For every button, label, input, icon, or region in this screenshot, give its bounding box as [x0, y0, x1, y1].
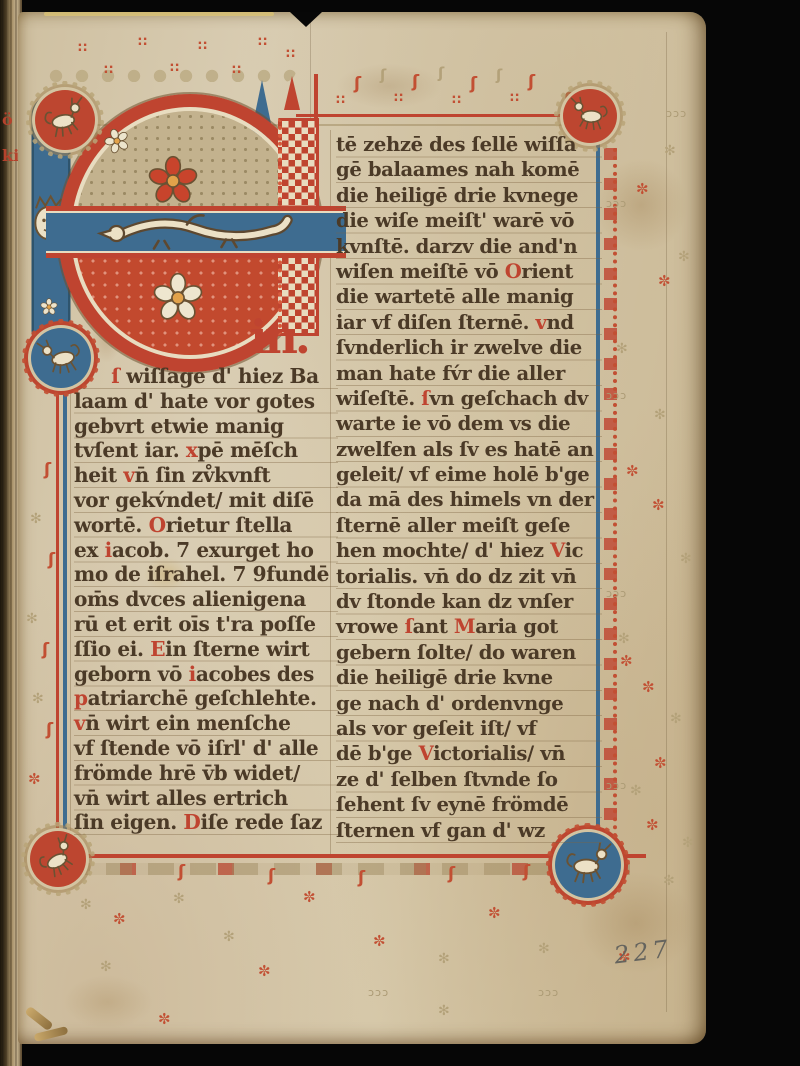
manuscript-line: ſſio ei. Ein ſterne wirt	[74, 637, 333, 662]
page-crease	[666, 32, 667, 1012]
manuscript-line: wiſeſtē. ſvn geſchach dv	[336, 386, 597, 411]
flower-sprig-icon: ✼	[488, 906, 501, 921]
flower-sprig-icon: ✻	[538, 942, 550, 956]
flower-sprig-icon: ✼	[654, 756, 667, 771]
manuscript-line: vn̄ wirt ein menſche	[74, 711, 333, 736]
flower-sprig-icon: ✼	[652, 498, 665, 513]
manuscript-line: vor gekv́ndet/ mit diſē	[74, 488, 333, 513]
top-border-rule	[296, 114, 584, 117]
manuscript-line: wiſen meiſtē vō Orient	[336, 259, 597, 284]
manuscript-line: als vor geſeit iſt/ vf	[336, 716, 597, 741]
ribbon-ornament-icon: ʃ	[528, 74, 535, 91]
manuscript-line: geborn vō iacobes des	[74, 662, 333, 687]
manuscript-line: dē b'ge Victorialis/ vn̄	[336, 741, 597, 766]
manuscript-line: iar vf diſen ſternē. vnd	[336, 310, 597, 335]
flower-sprig-icon: ✼	[626, 464, 639, 479]
photographed-manuscript: ö ki ✼✼✼✼✼✼✼✼✻✻✻✻✻✻✻✻✻ɔɔɔɔɔɔɔɔɔɔɔɔɔɔɔ∷∷∷…	[0, 0, 800, 1066]
manuscript-line: om̄s dvces alienigena	[74, 587, 333, 612]
ribbon-ornament-icon: ʃ	[42, 642, 49, 659]
manuscript-line: die wiſe meiſt' warē vō	[336, 208, 597, 233]
ribbon-ornament-icon: ʃ	[380, 68, 386, 83]
manuscript-line: tē zehzē des ſellē wiſſa	[336, 132, 597, 157]
manuscript-line: vn̄ wirt alles ertrich	[74, 786, 333, 811]
manuscript-line: die heiligē drie kvnege	[336, 183, 597, 208]
flower-sprig-icon: ✻	[173, 892, 185, 906]
manuscript-line: ſvnderlich ir zwelve die	[336, 335, 597, 360]
manuscript-line: mo de iſrahel. 7 9fundē	[74, 562, 333, 587]
flower-sprig-icon: ✻	[616, 342, 628, 356]
flower-sprig-icon: ✻	[80, 898, 92, 912]
manuscript-line: warte ie vō dem vs die	[336, 411, 597, 436]
manuscript-line: tvſent iar. xpē mēſch	[74, 438, 333, 463]
medallion-bottom-left	[30, 831, 86, 887]
manuscript-line: kvnſtē. darzv die and'n	[336, 234, 597, 259]
page-top-edge	[44, 12, 274, 16]
dot-cluster-icon: ∷	[452, 94, 461, 107]
page-curl-notch	[290, 12, 322, 27]
flower-sprig-icon: ✻	[678, 250, 690, 264]
flower-sprig-icon: ✼	[646, 818, 659, 833]
manuscript-line: die wartetē alle manig	[336, 284, 597, 309]
manuscript-line: ſehent ſv eynē frömdē	[336, 792, 597, 817]
flower-sprig-icon: ✼	[642, 680, 655, 695]
text-column-left: ſ wiſſage d' hiez Balaam d' hate vor got…	[74, 364, 338, 835]
flower-sprig-icon: ✻	[30, 512, 42, 526]
initial-suffix-letters: in.	[250, 310, 308, 364]
manuscript-line: ze d' ſelben ſtvnde ſo	[336, 767, 597, 792]
red-flower-icon	[147, 155, 199, 207]
flower-sprig-icon: ✻	[32, 692, 44, 706]
manuscript-line: die heiligē drie kvne	[336, 665, 597, 690]
manuscript-line: dv ſtonde kan dz vnſer	[336, 589, 597, 614]
lion-icon	[28, 829, 89, 890]
dot-cluster-icon: ∷	[336, 94, 345, 107]
dragon-icon	[46, 211, 346, 253]
manuscript-line: torialis. vn̄ do dz zit vn̄	[336, 564, 597, 589]
facing-page-text-fragment: ö	[2, 110, 13, 129]
facing-page-text-fragment: ki	[2, 146, 19, 165]
manuscript-line: ſternen vf gan d' wz	[336, 818, 597, 843]
manuscript-line: gebvrt etwie manig	[74, 414, 333, 439]
flower-sprig-icon: ✻	[618, 632, 630, 646]
flower-sprig-icon: ✻	[223, 930, 235, 944]
ribbon-ornament-icon: ʃ	[44, 462, 51, 479]
manuscript-line: geleit/ vf eime holē b'ge	[336, 462, 597, 487]
folio-number: 227	[613, 935, 674, 970]
manuscript-line: frömde hrē v̄b widet/	[74, 761, 333, 786]
squiggle-ornament-icon: ɔɔɔ	[368, 987, 389, 998]
dot-cluster-icon: ∷	[394, 92, 403, 105]
manuscript-line: ſin eigen. Diſe rede ſaz	[74, 810, 333, 835]
ribbon-ornament-icon: ʃ	[46, 722, 53, 739]
dot-cluster-icon: ∷	[258, 36, 267, 49]
manuscript-line: ſ wiſſage d' hiez Ba	[74, 364, 333, 389]
flower-sprig-icon: ✼	[636, 182, 649, 197]
ribbon-ornament-icon: ʃ	[412, 74, 419, 91]
medallion-top-left	[35, 90, 95, 150]
manuscript-line: patriarchē geſchlehte.	[74, 686, 333, 711]
manuscript-line: wortē. Orietur ſtella	[74, 513, 333, 538]
flower-sprig-icon: ✻	[630, 784, 642, 798]
flower-sprig-icon: ✻	[438, 1004, 450, 1018]
text-column-right: tē zehzē des ſellē wiſſagē balaames nah …	[336, 132, 602, 843]
flower-sprig-icon: ✼	[258, 964, 271, 979]
flower-sprig-icon: ✼	[158, 1012, 171, 1027]
flower-sprig-icon: ✼	[303, 890, 316, 905]
flower-sprig-icon: ✼	[373, 934, 386, 949]
flower-sprig-icon: ✻	[100, 960, 112, 974]
manuscript-line: ex iacob. 7 exurget ho	[74, 538, 333, 563]
dot-cluster-icon: ∷	[198, 40, 207, 53]
dot-cluster-icon: ∷	[510, 92, 519, 105]
squiggle-ornament-icon: ɔɔɔ	[666, 108, 687, 119]
manuscript-line: hen mochte/ d' hiez Vic	[336, 538, 597, 563]
manuscript-line: heit vn̄ ſin zv̊kvnft	[74, 463, 333, 488]
flower-sprig-icon: ✻	[663, 874, 675, 888]
manuscript-line: vrowe ſant Maria got	[336, 614, 597, 639]
manuscript-line: rū et erit oīs t'ra poſſe	[74, 612, 333, 637]
initial-crossbar	[46, 206, 346, 258]
flower-sprig-icon: ✼	[113, 912, 126, 927]
flower-sprig-icon: ✼	[658, 274, 671, 289]
acanthus-border-band	[44, 54, 296, 82]
manuscript-line: gē balaames nah komē	[336, 157, 597, 182]
flower-sprig-icon: ✻	[654, 408, 666, 422]
ribbon-ornament-icon: ʃ	[438, 66, 444, 81]
parchment-stain	[314, 54, 464, 118]
manuscript-line: laam d' hate vor gotes	[74, 389, 333, 414]
manuscript-line: zwelfen als ſv es hatē an	[336, 437, 597, 462]
manuscript-line: da mā des himels vn der	[336, 487, 597, 512]
flower-sprig-icon: ✻	[670, 712, 682, 726]
red-spire-ornament	[284, 76, 300, 110]
bookmark-tassel	[20, 1004, 80, 1064]
stag-icon	[562, 839, 615, 892]
manuscript-line: ſternē aller meiſt geſe	[336, 513, 597, 538]
ribbon-ornament-icon: ʃ	[470, 76, 477, 93]
white-flower-icon	[152, 272, 204, 324]
flower-sprig-icon: ✼	[28, 772, 41, 787]
right-border-scallop-bar	[604, 148, 617, 846]
flower-sprig-icon: ✼	[620, 654, 633, 669]
manuscript-line: man hate fv́r die aller	[336, 361, 597, 386]
ribbon-ornament-icon: ʃ	[354, 76, 361, 93]
ruling-line	[70, 364, 71, 836]
squiggle-ornament-icon: ɔɔɔ	[538, 987, 559, 998]
flower-sprig-icon: ✻	[26, 612, 38, 626]
manuscript-line: ge nach d' ordenvnge	[336, 691, 597, 716]
flower-sprig-icon: ✻	[682, 836, 694, 850]
ribbon-ornament-icon: ʃ	[496, 68, 502, 83]
flower-sprig-icon: ✻	[680, 552, 692, 566]
flower-sprig-icon: ✻	[438, 952, 450, 966]
manuscript-line: gebern ſolte/ do waren	[336, 640, 597, 665]
manuscript-line: vf ſtende vō iſrl' d' alle	[74, 736, 333, 761]
goat-icon	[37, 92, 93, 148]
ribbon-ornament-icon: ʃ	[48, 552, 55, 569]
manuscript-page: ✼✼✼✼✼✼✼✼✻✻✻✻✻✻✻✻✻ɔɔɔɔɔɔɔɔɔɔɔɔɔɔɔ∷∷∷∷∷∷∷∷…	[18, 12, 706, 1044]
white-fleur-icon	[40, 298, 58, 316]
dot-cluster-icon: ∷	[138, 36, 147, 49]
